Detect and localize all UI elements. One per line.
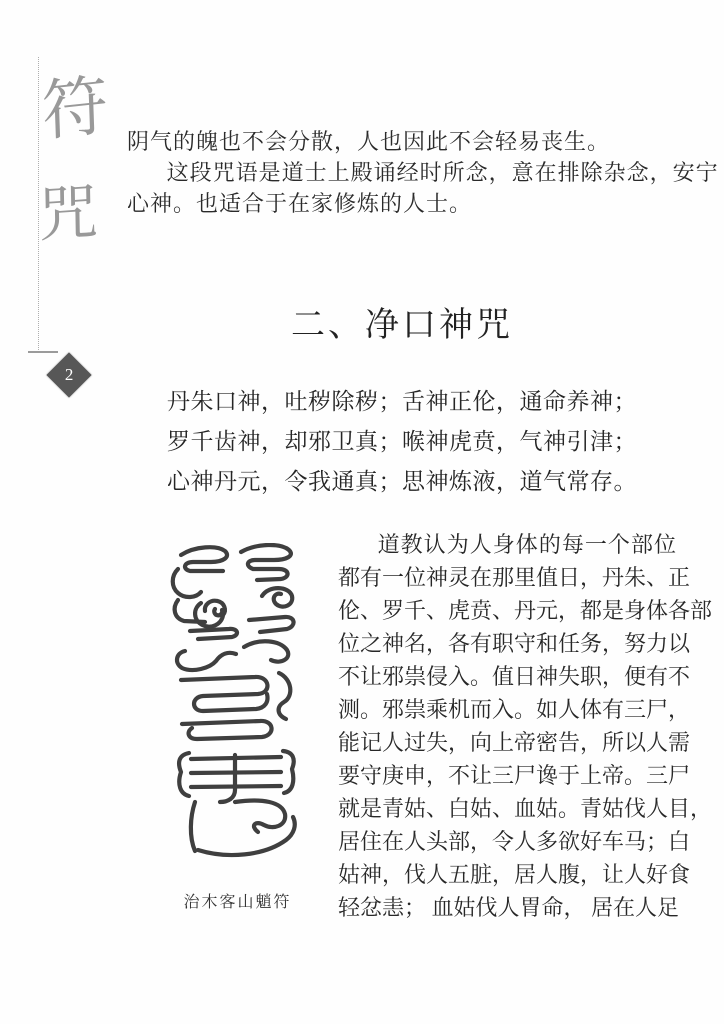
body-text-column: 道教认为人身体的每一个部位 都有一位神灵在那里值日，丹朱、正 伦、罗千、虎贲、丹…: [338, 528, 676, 924]
section-title: 二、净口神咒: [124, 306, 680, 346]
body-line: 轻忿恚； 血姑伐人胃命， 居在人足: [338, 891, 676, 924]
incantation-verse: 丹朱口神，吐秽除秽；舌神正伦，通命养神； 罗千齿神，却邪卫真；喉神虎贲，气神引津…: [124, 382, 680, 502]
verse-line: 罗千齿神，却邪卫真；喉神虎贲，气神引津；: [124, 422, 680, 462]
margin-tick-line: [28, 351, 58, 353]
intro-paragraph: 阴气的魄也不会分散，人也因此不会轻易丧生。 这段咒语是道士上殿诵经时所念，意在排…: [127, 126, 672, 219]
page-number: 2: [65, 365, 74, 385]
intro-line: 阴气的魄也不会分散，人也因此不会轻易丧生。: [127, 126, 672, 157]
body-line: 道教认为人身体的每一个部位: [338, 528, 676, 561]
talisman-top-glyph: [173, 545, 294, 639]
talisman-middle-glyph: [177, 641, 290, 739]
body-line: 就是青姑、白姑、血姑。青姑伐人目，: [338, 792, 676, 825]
intro-line: 这段咒语是道士上殿诵经时所念，意在排除杂念，安宁: [127, 157, 672, 188]
talisman-figure: [165, 543, 307, 861]
body-line: 姑神，伐人五脏，居人腹，让人好食: [338, 858, 676, 891]
body-line: 要守庚申，不让三尸谗于上帝。三尸: [338, 759, 676, 792]
intro-line: 心神。也适合于在家修炼的人士。: [127, 188, 672, 219]
book-page: 符 咒 2 阴气的魄也不会分散，人也因此不会轻易丧生。 这段咒语是道士上殿诵经时…: [0, 0, 724, 1024]
verse-line: 心神丹元，令我通真；思神炼液，道气常存。: [124, 462, 680, 502]
body-line: 居住在人头部，令人多欲好车马；白: [338, 825, 676, 858]
body-line: 测。邪祟乘机而入。如人体有三尸，: [338, 693, 676, 726]
body-line: 不让邪祟侵入。值日神失职，便有不: [338, 660, 676, 693]
page-number-badge: 2: [46, 352, 91, 397]
margin-calligraphy-char-zhou: 咒: [38, 182, 99, 246]
body-line: 伦、罗千、虎贲、丹元，都是身体各部: [338, 594, 676, 627]
talisman-bottom-glyph: [179, 751, 295, 855]
margin-calligraphy-char-fu: 符: [41, 72, 109, 145]
talisman-drawing: [165, 543, 307, 861]
verse-line: 丹朱口神，吐秽除秽；舌神正伦，通命养神；: [124, 382, 680, 422]
body-line: 能记人过失，向上帝密告，所以人需: [338, 726, 676, 759]
figure-caption: 治木客山魈符: [155, 889, 320, 912]
body-line: 都有一位神灵在那里值日，丹朱、正: [338, 561, 676, 594]
body-line: 位之神名，各有职守和任务，努力以: [338, 627, 676, 660]
